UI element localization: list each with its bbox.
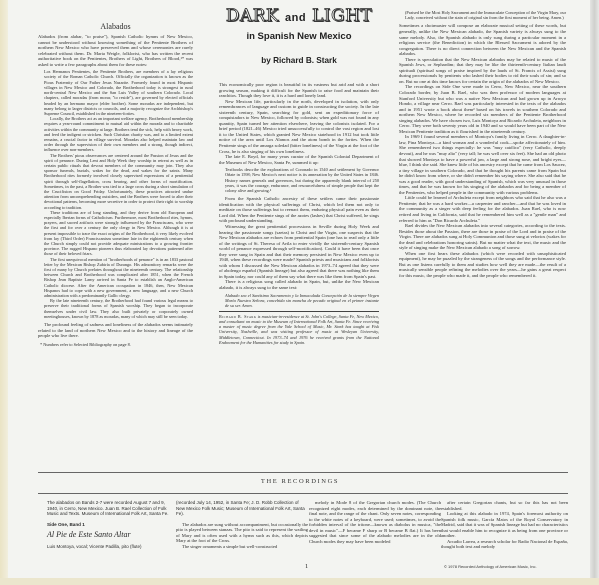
paragraph: The late E. Boyd, for many years curator… — [219, 154, 379, 165]
author-bio: Richard B. Stark is musician-in-residenc… — [219, 311, 379, 345]
paragraph: melody in Mode 8 of the Gregorian church… — [309, 500, 441, 544]
paragraph: The alabados are sung without accompanim… — [176, 522, 308, 544]
article-title: DARK and LIGHT — [219, 6, 379, 28]
paragraph: after certain Gregorian chants, but so f… — [441, 500, 568, 511]
page-bottom-edge — [0, 578, 599, 585]
alabados-intro: Alabados (from alabar, "to praise"), Spa… — [38, 34, 193, 67]
section-divider-bottom — [38, 493, 568, 494]
alabados-heading: Alabados — [38, 22, 193, 32]
title-and: and — [285, 12, 306, 24]
quote-paragraph: The Brothers' pious observances are cent… — [44, 153, 193, 210]
paragraph: From the Spanish Catholic ancestry of th… — [219, 196, 379, 224]
paragraph: This economically poor region is beautif… — [219, 82, 379, 99]
recording-note: The alabados on Bands 2-7 were recorded … — [47, 500, 175, 517]
paragraph: The recordings on Side One were made in … — [399, 84, 566, 134]
spanish-alabado-text: Alabado sea el Santísimo Sacramento y la… — [219, 293, 379, 309]
quote-paragraph: These traditions are of long standing, a… — [44, 210, 193, 257]
performers: Luis Montoya, vocal; Vicente Padilla, pi… — [47, 544, 175, 550]
recordings-column-1: The alabados on Bands 2-7 were recorded … — [47, 500, 175, 550]
paragraph: In 1969 I found several members of Monto… — [399, 134, 566, 195]
copyright-notice: © 1978 Recorded Anthology of American Mu… — [444, 564, 537, 569]
boyd-quote: Textbooks describe the explorations of C… — [219, 167, 379, 193]
song-title: Al Pie de Este Santo Altar — [47, 530, 175, 540]
english-translation: (Praised be the Most Holy Sacrament and … — [399, 10, 566, 20]
paragraph: Sometimes a choirmaster will compose an … — [399, 23, 566, 56]
recordings-column-4: after certain Gregorian chants, but so f… — [441, 500, 568, 550]
quote-paragraph: By the late nineteenth century, the Brot… — [44, 298, 193, 319]
article-column-3: (Praised be the Most Holy Sacrament and … — [399, 8, 566, 279]
album-spine-left — [0, 0, 8, 585]
section-divider-top — [38, 472, 568, 473]
recording-source-note: (recorded July 14, 1952, in Santa Fe; J.… — [176, 500, 308, 517]
paragraph: Little could be learned of Archuleta exc… — [399, 195, 566, 223]
article-column-2: This economically poor region is beautif… — [219, 82, 379, 345]
paragraph: Rael divides the New Mexican alabados in… — [399, 223, 566, 251]
title-dark: DARK — [226, 6, 279, 26]
paragraph: When one first hears these alabados (whi… — [399, 251, 566, 279]
article-subtitle: in Spanish New Mexico — [219, 31, 379, 42]
recordings-heading: THE RECORDINGS — [230, 478, 370, 485]
recordings-column-3: melody in Mode 8 of the Gregorian church… — [309, 500, 441, 544]
paragraph: There is speculation that the New Mexica… — [399, 57, 566, 85]
paragraph: Arcadio Larrea, a research scholar for R… — [441, 539, 568, 550]
page-number: 1 — [305, 563, 308, 570]
paragraph: The singer ornaments a simple but well-c… — [176, 544, 308, 550]
paragraph: Witnessing the great penitential process… — [219, 224, 379, 279]
article-byline: by Richard B. Stark — [219, 56, 379, 65]
author-bio-text: is musician-in-residence at St. John's C… — [219, 314, 379, 344]
footnote: * Numbers refer to Selected Bibliography… — [38, 342, 193, 348]
paragraph: Looking at this alabado in 1974, Spain's… — [441, 511, 568, 539]
alabados-column: Alabados Alabados (from alabar, "to prai… — [38, 22, 193, 347]
side-band-label: Side One, Band 1 — [47, 522, 175, 528]
weigle-quote: Los Hermanos Penitentes, the Penitente B… — [38, 69, 193, 319]
album-spine-right — [590, 0, 599, 585]
quote-paragraph: The first unequivocal mention of "brothe… — [44, 257, 193, 299]
quote-paragraph: Locally, the Brothers act as an importan… — [44, 116, 193, 152]
quote-paragraph: Los Hermanos Penitentes, the Penitente B… — [44, 69, 193, 116]
paragraph: New Mexican life, particularly in the no… — [219, 99, 379, 154]
paragraph: There is a religious song called alabado… — [219, 279, 379, 290]
article-title-block: DARK and LIGHT in Spanish New Mexico by … — [219, 6, 379, 65]
recordings-column-2: (recorded July 14, 1952, in Santa Fe; J.… — [176, 500, 308, 549]
title-light: LIGHT — [312, 6, 372, 26]
alabados-closing: The profound feeling of sadness and lone… — [38, 322, 193, 339]
